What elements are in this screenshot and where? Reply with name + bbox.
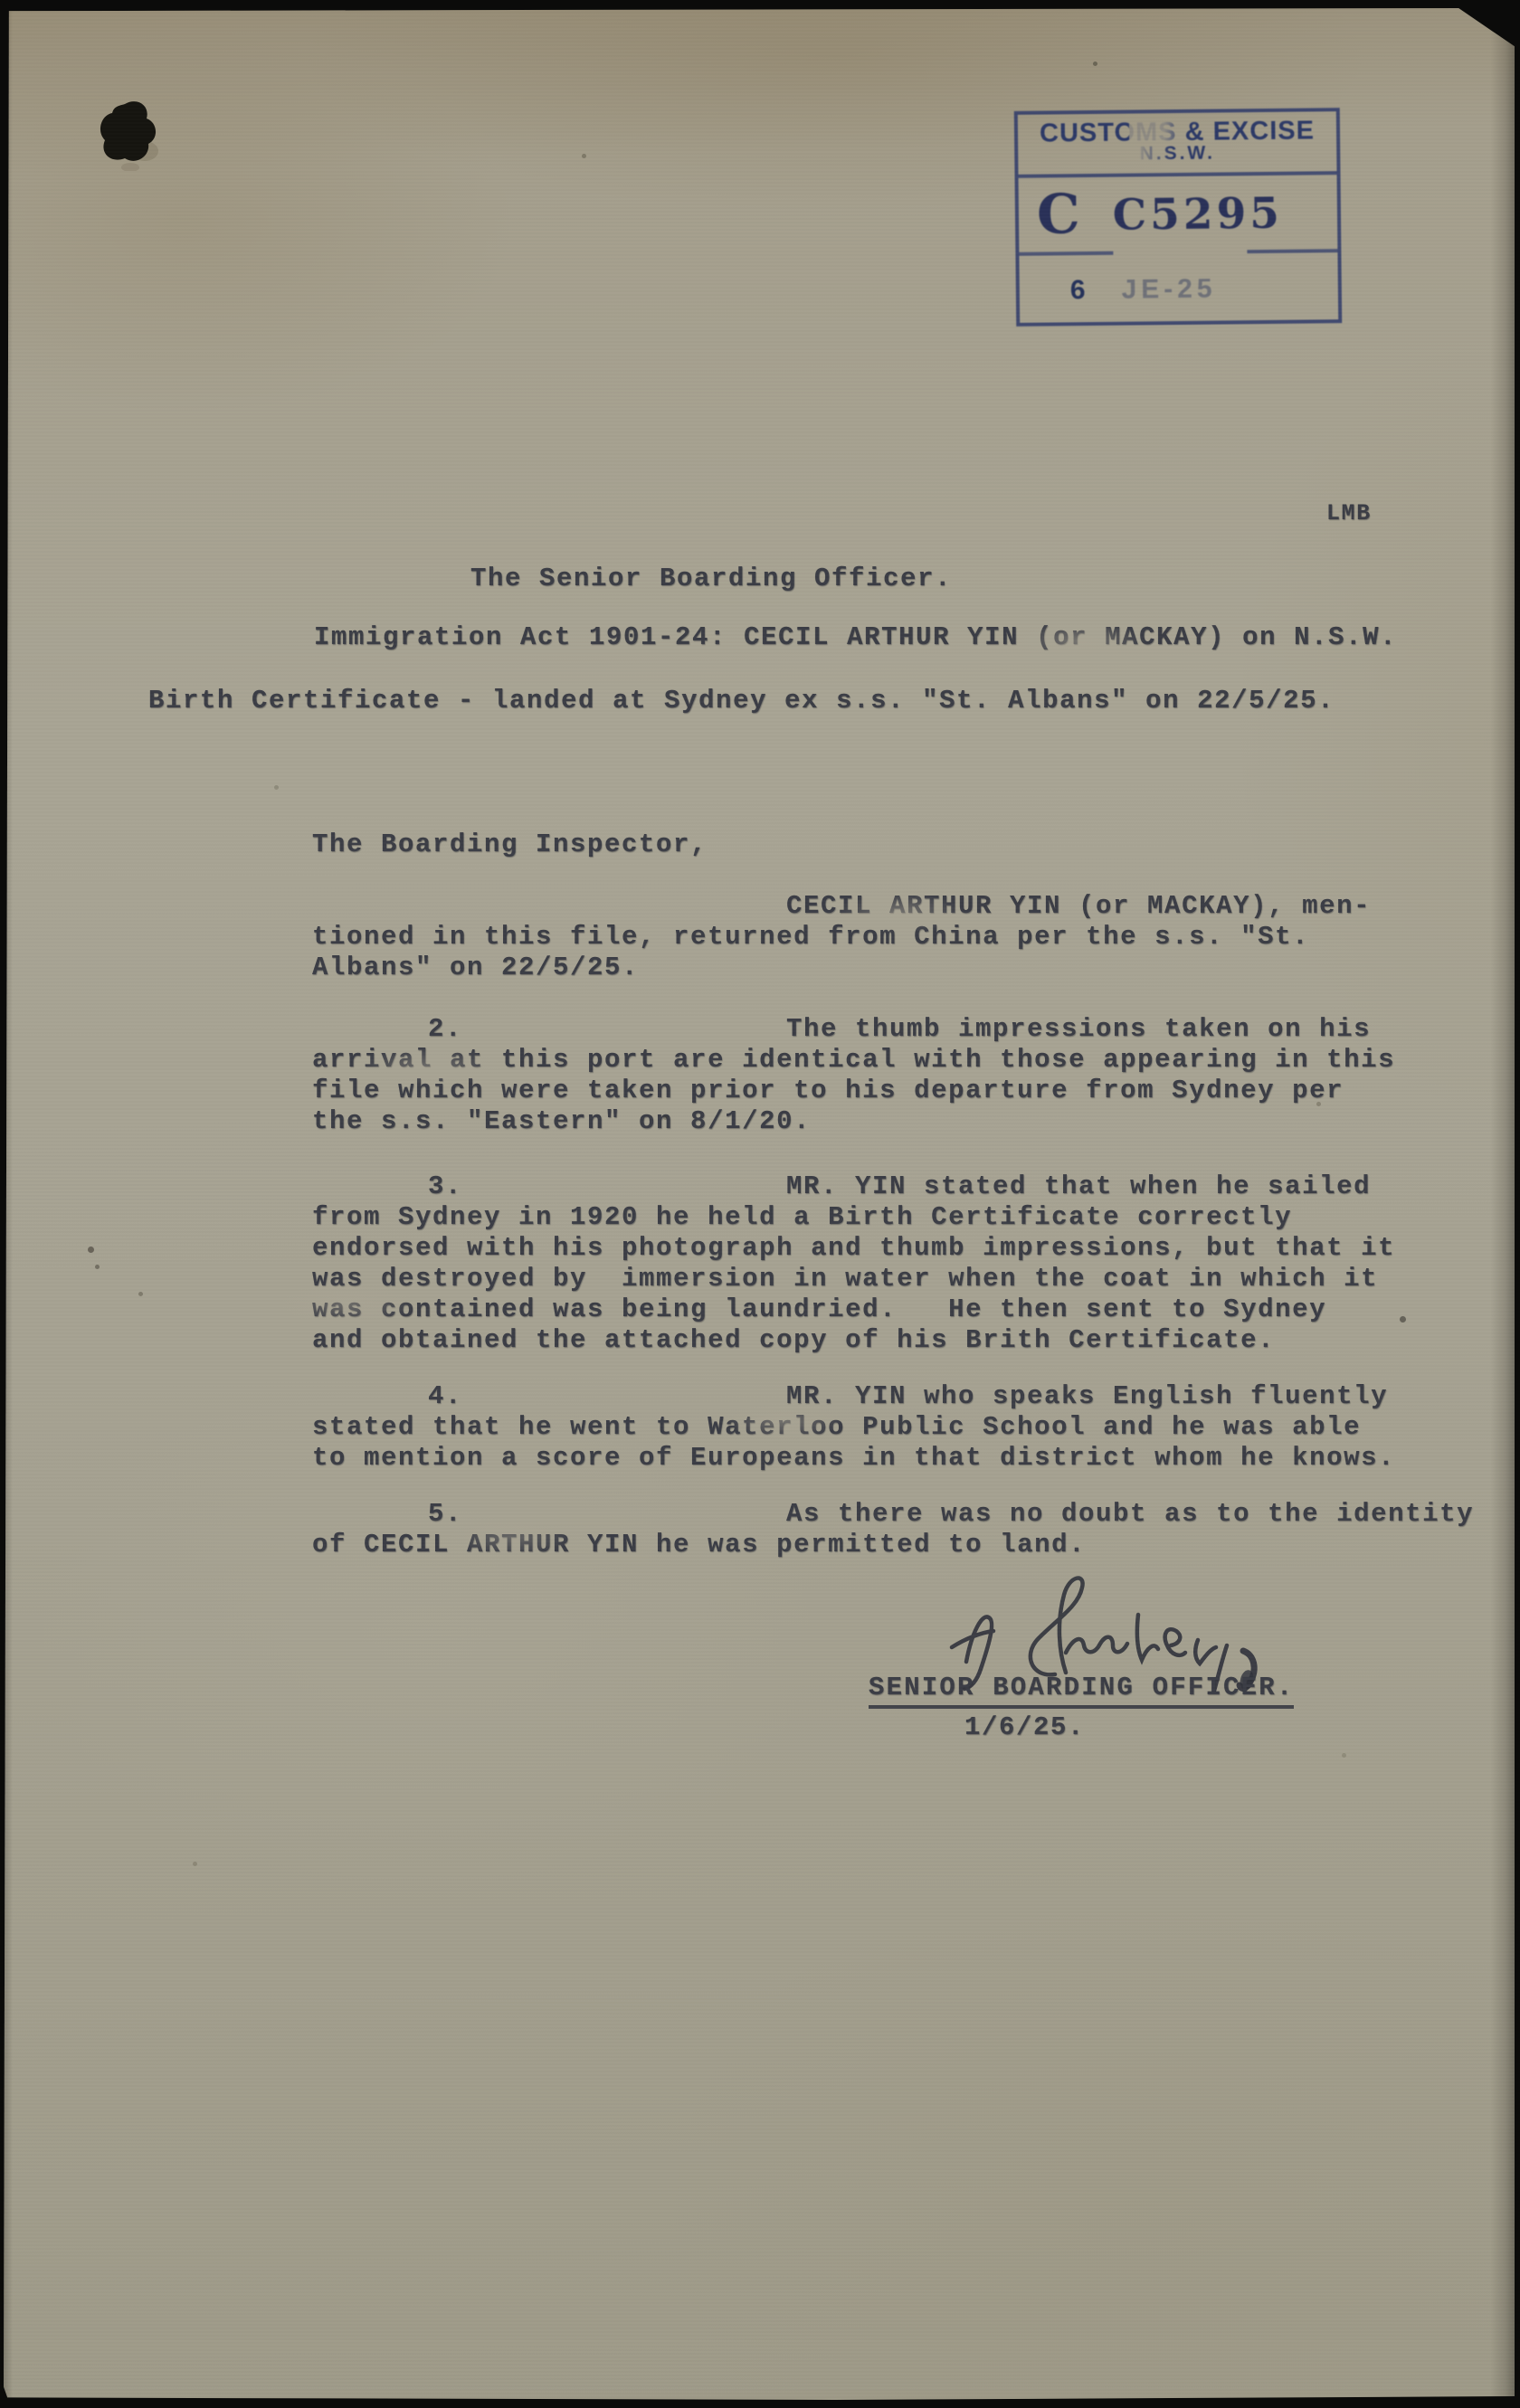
paragraph-line: and obtained the attached copy of his Br… — [312, 1325, 1497, 1356]
document-page: CUSTOMS & EXCISE N.S.W. C C5295 6JE-25 L… — [4, 8, 1515, 2400]
subject-line-2: Birth Certificate - landed at Sydney ex … — [148, 686, 1335, 716]
paragraph-line: 3.MR. YIN stated that when he sailed — [312, 1171, 1497, 1202]
stamp-serial-number: C5295 — [1112, 186, 1283, 240]
signature-title: SENIOR BOARDING OFFICER. — [869, 1673, 1294, 1709]
paragraph-first-line-text: The thumb impressions taken on his — [786, 1014, 1371, 1045]
paragraph-line: endorsed with his photograph and thumb i… — [312, 1233, 1497, 1264]
paragraph: 2.The thumb impressions taken on hisarri… — [312, 1014, 1497, 1137]
paragraph-line: of CECIL ARTHUR YIN he was permitted to … — [312, 1530, 1497, 1560]
ink-blot — [98, 99, 163, 171]
paragraph-first-line-text: MR. YIN stated that when he sailed — [786, 1171, 1371, 1202]
stamp-date-day: 6 — [1070, 275, 1086, 305]
stamp-serial-row: C C5295 — [1019, 175, 1338, 252]
paragraph-line: tioned in this file, returned from China… — [312, 922, 1497, 953]
stamp-prefix-letter: C — [1037, 187, 1080, 242]
paragraph: CECIL ARTHUR YIN (or MACKAY), men-tioned… — [312, 891, 1497, 983]
reference-initials: LMB — [1326, 500, 1372, 526]
paper-specks — [4, 8, 6, 11]
paragraph-line: 5.As there was no doubt as to the identi… — [312, 1499, 1497, 1530]
addressee-line: The Senior Boarding Officer. — [470, 564, 952, 593]
paragraph-line: file which were taken prior to his depar… — [312, 1076, 1497, 1106]
subject-line-1: Immigration Act 1901-24: CECIL ARTHUR YI… — [314, 622, 1397, 652]
paragraph: 3.MR. YIN stated that when he sailedfrom… — [312, 1171, 1497, 1356]
paragraph-number: 5. — [428, 1499, 462, 1530]
signature-date: 1/6/25. — [964, 1712, 1085, 1742]
paragraph-line: stated that he went to Waterloo Public S… — [312, 1412, 1497, 1443]
stamp-date-code: JE-25 — [1121, 274, 1216, 305]
stamp-region: N.S.W. — [1018, 141, 1336, 166]
paragraph-number: 3. — [428, 1171, 462, 1202]
paragraph-line: to mention a score of Europeans in that … — [312, 1443, 1497, 1474]
scanned-document: CUSTOMS & EXCISE N.S.W. C C5295 6JE-25 L… — [0, 0, 1520, 2408]
paragraph-line: Albans" on 22/5/25. — [312, 953, 1497, 983]
paragraph-line: was destroyed by immersion in water when… — [312, 1264, 1497, 1294]
customs-stamp: CUSTOMS & EXCISE N.S.W. C C5295 6JE-25 — [1014, 108, 1342, 327]
paragraph-line: was contained was being laundried. He th… — [312, 1294, 1497, 1325]
paragraph-line: arrival at this port are identical with … — [312, 1045, 1497, 1076]
paragraph-line: 2.The thumb impressions taken on his — [312, 1014, 1497, 1045]
salutation-line: The Boarding Inspector, — [312, 830, 708, 859]
paragraph-line: 4.MR. YIN who speaks English fluently — [312, 1381, 1497, 1412]
paragraph-line: from Sydney in 1920 he held a Birth Cert… — [312, 1202, 1497, 1233]
stamp-date: 6JE-25 — [1070, 272, 1338, 306]
paragraph-first-line-text: As there was no doubt as to the identity — [786, 1499, 1474, 1530]
paragraph-number: 4. — [428, 1381, 462, 1412]
paragraph: 5.As there was no doubt as to the identi… — [312, 1499, 1497, 1560]
letter-body: CECIL ARTHUR YIN (or MACKAY), men-tioned… — [312, 891, 1497, 1560]
paragraph-line: the s.s. "Eastern" on 8/1/20. — [312, 1106, 1497, 1137]
paragraph-line: CECIL ARTHUR YIN (or MACKAY), men- — [312, 891, 1497, 922]
paragraph-first-line-text: MR. YIN who speaks English fluently — [786, 1381, 1388, 1412]
paragraph: 4.MR. YIN who speaks English fluentlysta… — [312, 1381, 1497, 1474]
paragraph-first-line-text: CECIL ARTHUR YIN (or MACKAY), men- — [786, 891, 1371, 922]
paragraph-number: 2. — [428, 1014, 462, 1045]
stamp-header: CUSTOMS & EXCISE N.S.W. — [1018, 111, 1337, 178]
